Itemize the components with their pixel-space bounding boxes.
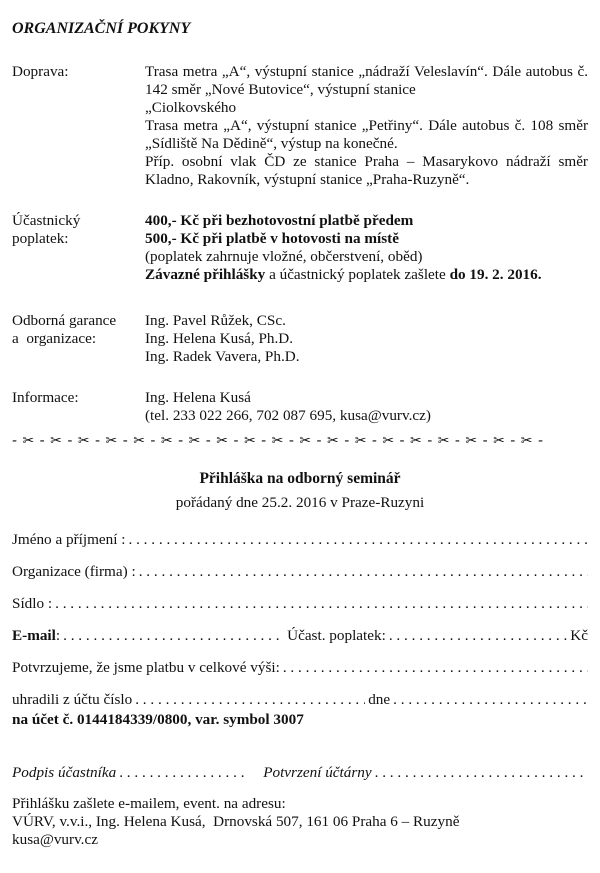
organizers-label-line2: a organizace:	[12, 330, 142, 348]
field-organization-dots[interactable]	[136, 563, 588, 581]
field-account-dots[interactable]	[132, 691, 365, 709]
field-date-dots[interactable]	[390, 691, 588, 709]
fee-label-line1: Účastnický	[12, 212, 142, 230]
transport-route-2: Trasa metra „A“, výstupní stanice „Petři…	[145, 117, 588, 153]
signature-label: Podpis účastníka	[12, 764, 116, 782]
field-confirm-label: Potvrzujeme, že jsme platbu v celkové vý…	[12, 659, 280, 677]
bank-account-info: na účet č. 0144184339/0800, var. symbol …	[12, 711, 588, 729]
field-fee-unit: Kč	[570, 627, 588, 645]
organizer-2: Ing. Helena Kusá, Ph.D.	[145, 330, 588, 348]
organizers-label: Odborná garance a organizace:	[12, 312, 142, 348]
transport-route-1: Trasa metra „A“, výstupní stanice „nádra…	[145, 63, 588, 99]
deadline-bold-1: Závazné přihlášky	[145, 266, 265, 283]
field-confirm-dots[interactable]	[280, 659, 588, 677]
field-name-label: Jméno a příjmení :	[12, 531, 125, 549]
field-email-fee[interactable]: E-mail : Účast. poplatek: Kč	[12, 627, 588, 645]
organizer-1: Ing. Pavel Růžek, CSc.	[145, 312, 588, 330]
info-name: Ing. Helena Kusá	[145, 389, 588, 407]
field-payment-account[interactable]: uhradili z účtu číslo dne	[12, 691, 588, 709]
transport-route-1-end: „Ciolkovského	[145, 99, 588, 117]
field-seat-label: Sídlo :	[12, 595, 52, 613]
field-account-label: uhradili z účtu číslo	[12, 691, 132, 709]
fee-label-line2: poplatek:	[12, 230, 142, 248]
field-organization[interactable]: Organizace (firma) :	[12, 563, 588, 581]
info-phone-email: (tel. 233 022 266, 702 087 695, kusa@vur…	[145, 407, 588, 425]
field-name-dots[interactable]	[125, 531, 588, 549]
transport-info: Trasa metra „A“, výstupní stanice „nádra…	[145, 63, 588, 189]
organizers-label-line1: Odborná garance	[12, 312, 142, 330]
deadline-date: do 19. 2. 2016.	[450, 266, 542, 283]
field-confirm-amount[interactable]: Potvrzujeme, že jsme platbu v celkové vý…	[12, 659, 588, 677]
page-title: ORGANIZAČNÍ POKYNY	[12, 20, 190, 38]
transport-route-3: Příp. osobní vlak ČD ze stanice Praha – …	[145, 153, 588, 189]
field-fee-label: Účast. poplatek:	[287, 627, 386, 645]
field-seat-dots[interactable]	[52, 595, 588, 613]
deadline-text: a účastnický poplatek zašlete	[265, 266, 449, 283]
signature-row[interactable]: Podpis účastníka Potvrzení účtárny	[12, 764, 588, 782]
field-fee-dots[interactable]	[386, 627, 570, 645]
transport-label: Doprava:	[12, 63, 142, 81]
accounting-dots[interactable]	[372, 764, 588, 782]
send-instruction-line: Přihlášku zašlete e-mailem, event. na ad…	[12, 795, 588, 813]
fee-cash: 500,- Kč při platbě v hotovosti na místě	[145, 230, 588, 248]
fee-note: (poplatek zahrnuje vložné, občerstvení, …	[145, 248, 588, 266]
field-date-label: dne	[368, 691, 390, 709]
signature-dots[interactable]	[116, 764, 249, 782]
field-organization-label: Organizace (firma) :	[12, 563, 136, 581]
fee-info: 400,- Kč při bezhotovostní platbě předem…	[145, 212, 588, 284]
field-email-label: E-mail	[12, 627, 56, 645]
organizer-3: Ing. Radek Vavera, Ph.D.	[145, 348, 588, 366]
fee-deadline: Závazné přihlášky a účastnický poplatek …	[145, 266, 588, 284]
scissors-icon: - ✂ - ✂ - ✂ - ✂ - ✂ - ✂ - ✂ - ✂ - ✂ - ✂ …	[12, 432, 588, 450]
fee-label: Účastnický poplatek:	[12, 212, 142, 248]
info-label: Informace:	[12, 389, 142, 407]
info-contact: Ing. Helena Kusá (tel. 233 022 266, 702 …	[145, 389, 588, 425]
field-name[interactable]: Jméno a příjmení :	[12, 531, 588, 549]
send-instructions: Přihlášku zašlete e-mailem, event. na ad…	[12, 795, 588, 849]
fee-cashless: 400,- Kč při bezhotovostní platbě předem	[145, 212, 588, 230]
organizers-list: Ing. Pavel Růžek, CSc. Ing. Helena Kusá,…	[145, 312, 588, 366]
form-heading: Přihláška na odborný seminář	[12, 470, 588, 488]
field-email-dots[interactable]	[60, 627, 283, 645]
send-email: kusa@vurv.cz	[12, 831, 588, 849]
form-subheading: pořádaný dne 25.2. 2016 v Praze-Ruzyni	[12, 494, 588, 512]
send-address: VÚRV, v.v.i., Ing. Helena Kusá, Drnovská…	[12, 813, 588, 831]
field-seat[interactable]: Sídlo :	[12, 595, 588, 613]
accounting-label: Potvrzení účtárny	[263, 764, 371, 782]
